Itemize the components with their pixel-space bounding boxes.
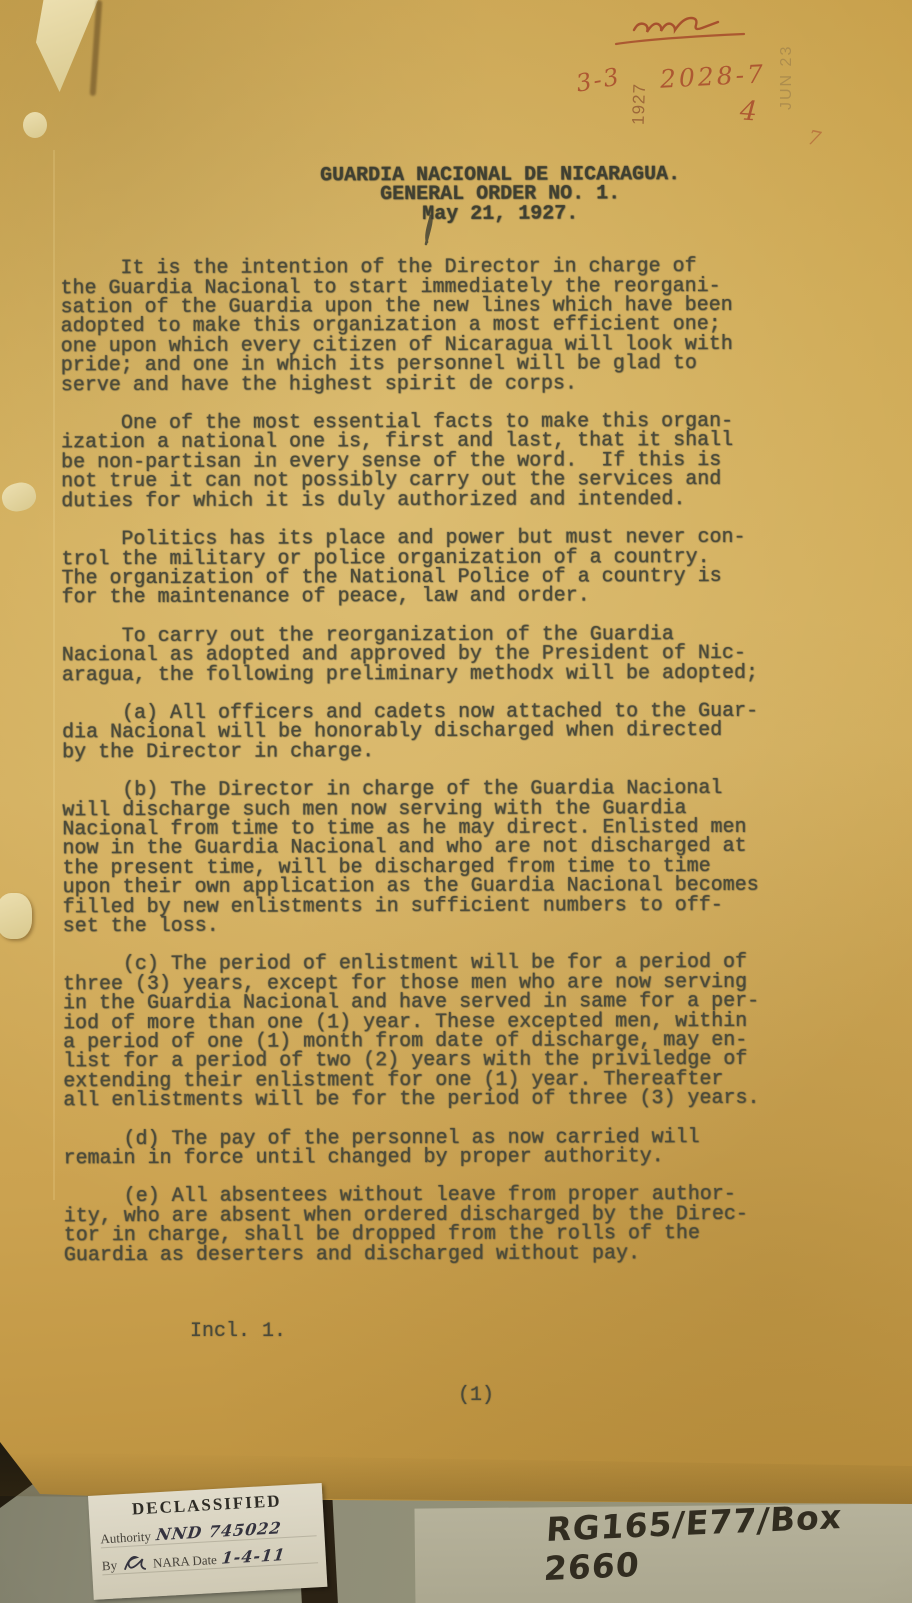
declassified-label: DECLASSIFIED Authority NND 745022 By NAR… (88, 1483, 327, 1600)
nara-date-label: NARA Date (153, 1552, 218, 1572)
typed-paragraph: (a) All officers and cadets now attached… (62, 702, 822, 763)
typed-paragraph: (e) All absentees without leave from pro… (64, 1185, 824, 1265)
year-stamp: 1927 (629, 55, 651, 126)
typed-paragraph: Politics has its place and power but mus… (61, 528, 821, 608)
paper-tear (23, 112, 47, 138)
paper-fold-line (53, 150, 55, 1200)
ink-mark (418, 212, 444, 246)
typed-text-block: GUARDIA NACIONAL DE NICARAGUA. GENERAL O… (60, 165, 824, 1285)
typed-paragraph: (b) The Director in charge of the Guardi… (62, 779, 823, 937)
nara-date-row: By NARA Date 1-4-11 (101, 1543, 318, 1575)
authority-row: Authority NND 745022 (100, 1516, 317, 1548)
by-label: By (102, 1557, 118, 1574)
document-date: May 21, 1927. (150, 203, 850, 225)
enclosure-note: Incl. 1. (190, 1320, 286, 1343)
red-file-number-right: 2028-7 (659, 59, 766, 94)
archival-reference-note: RG165/E77/Box 2660 (543, 1494, 912, 1588)
declassified-title: DECLASSIFIED (98, 1489, 315, 1521)
typed-paragraph: It is the intention of the Director in c… (60, 257, 820, 395)
red-cursive-annotation (612, 8, 752, 50)
typed-paragraph: To carry out the reorganization of the G… (62, 624, 822, 685)
typed-paragraph: (d) The pay of the personnel as now carr… (63, 1127, 823, 1168)
paper-tear (0, 893, 32, 939)
authority-value: NND 745022 (155, 1518, 283, 1544)
red-digit-annotation: 4 (739, 95, 758, 127)
typed-paragraph: (c) The period of enlistment will be for… (63, 953, 824, 1111)
photographed-document: GUARDIA NACIONAL DE NICARAGUA. GENERAL O… (0, 0, 912, 1603)
page-number: (1) (458, 1384, 494, 1407)
initials-scribble (122, 1554, 149, 1573)
typed-paragraph: One of the most essential facts to make … (61, 412, 821, 512)
authority-label: Authority (100, 1529, 151, 1548)
nara-date-value: 1-4-11 (221, 1545, 287, 1568)
received-date-stamp: JUN 23 (778, 45, 796, 110)
